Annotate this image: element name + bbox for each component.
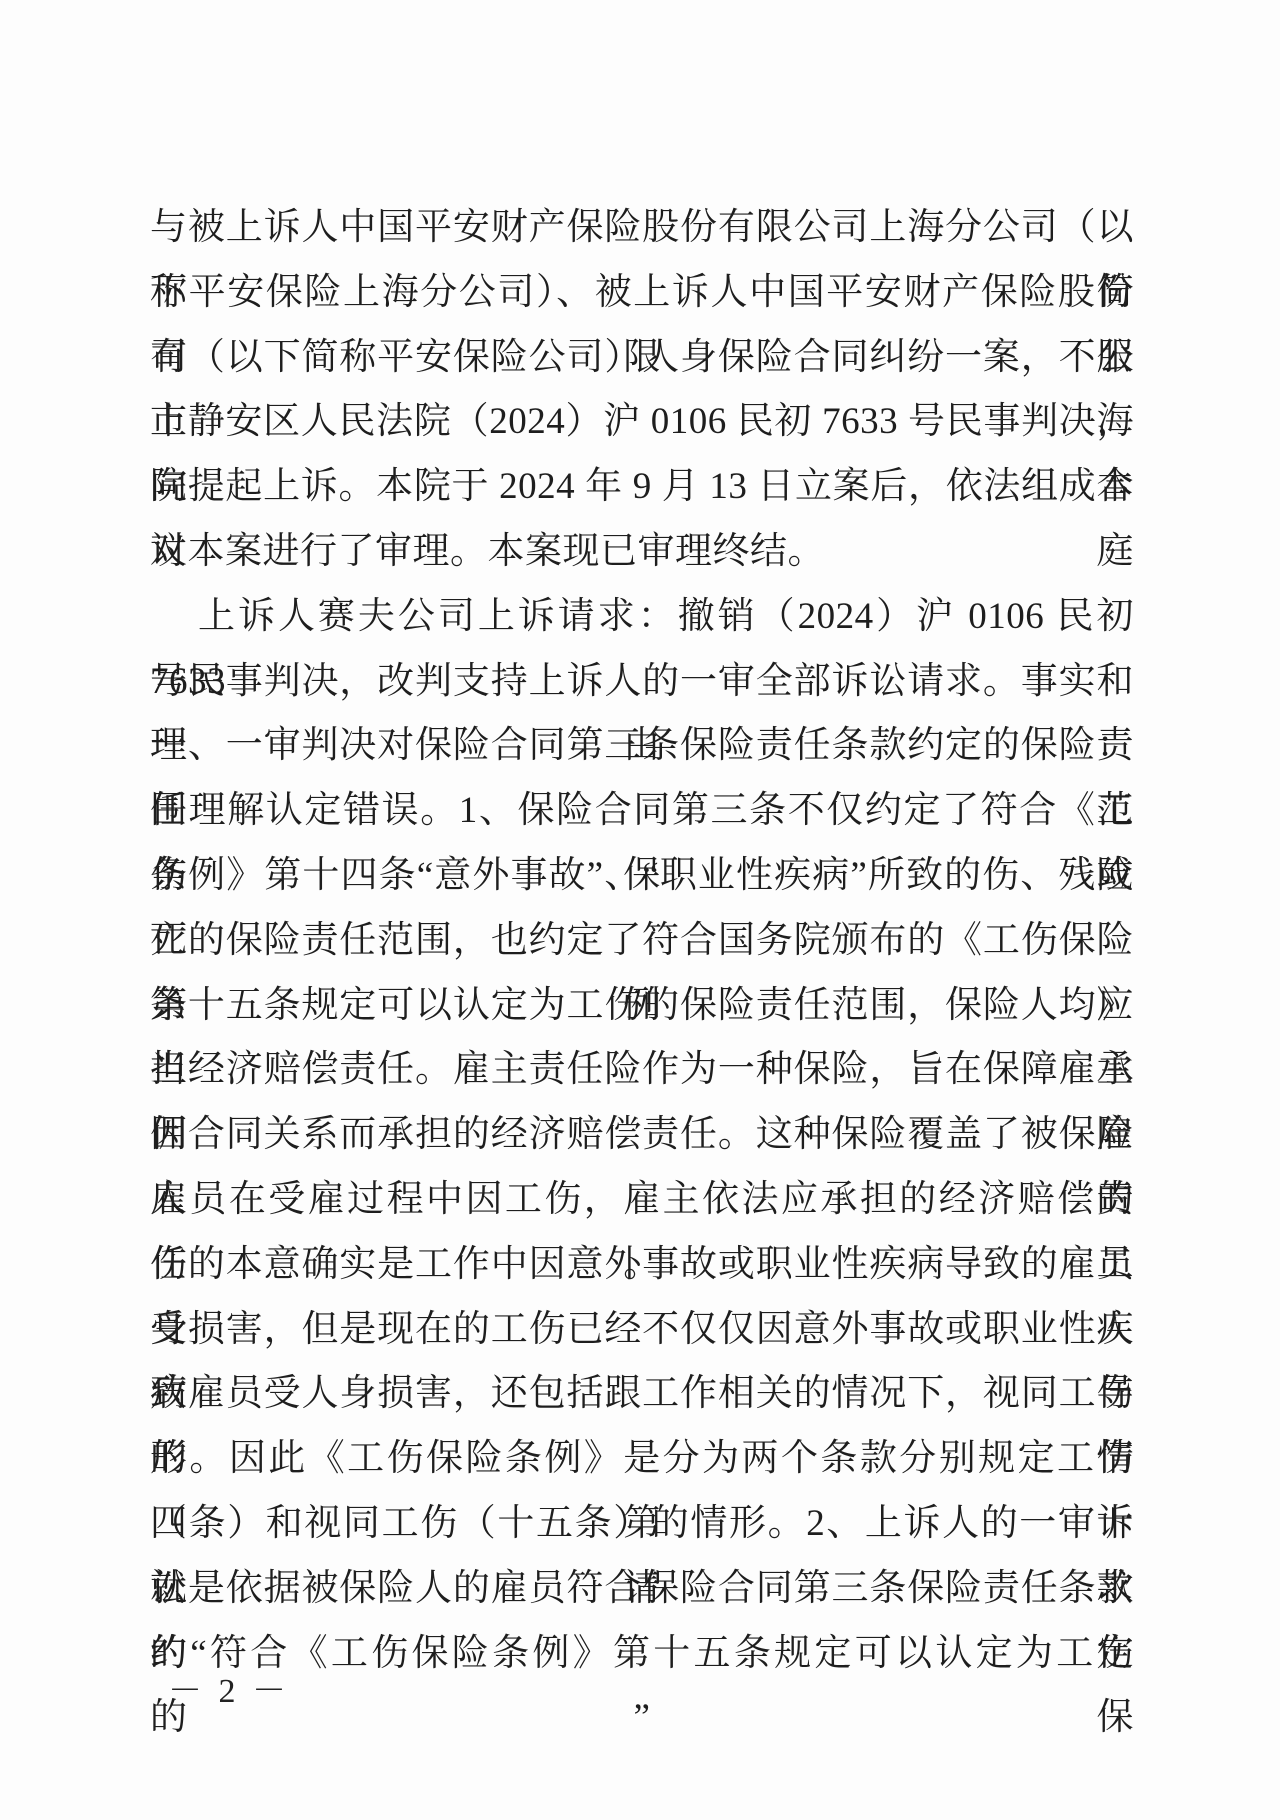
body-line: 围理解认定错误。1、保险合同第三条不仅约定了符合《工伤保险: [150, 779, 1134, 844]
body-line: 亡的保险责任范围，也约定了符合国务院颁布的《工伤保险条例》: [150, 909, 1134, 974]
judgment-document-page: 与被上诉人中国平安财产保险股份有限公司上海分公司（以下简 称平安保险上海分公司）…: [0, 0, 1280, 1820]
body-line: 条例》第十四条“意外事故”、“职业性疾病”所致的伤、残或死: [150, 844, 1134, 909]
body-line: 号民事判决，改判支持上诉人的一审全部诉讼请求。事实和理由：: [150, 650, 1134, 715]
body-line: 第十五条规定可以认定为工伤的保险责任范围，保险人均应当承: [150, 974, 1134, 1039]
body-line: 雇员在受雇过程中因工伤，雇主依法应承担的经济赔偿责任。工: [150, 1168, 1134, 1233]
body-line: 身损害，但是现在的工伤已经不仅仅因意外事故或职业性疾病导: [150, 1298, 1134, 1363]
body-line: 称平安保险上海分公司）、被上诉人中国平安财产保险股份有限公: [150, 261, 1134, 326]
body-line: 一、一审判决对保险合同第三条保险责任条款约定的保险责任范: [150, 714, 1134, 779]
body-line: 致雇员受人身损害，还包括跟工作相关的情况下，视同工伤的情: [150, 1362, 1134, 1427]
body-line: 形。因此《工伤保险条例》是分为两个条款分别规定工伤（第十: [150, 1427, 1134, 1492]
body-line: 的“符合《工伤保险条例》第十五条规定可以认定为工伤的”保: [150, 1622, 1134, 1687]
body-line: 担经济赔偿责任。雇主责任险作为一种保险，旨在保障雇主因雇: [150, 1038, 1134, 1103]
body-line: 就是依据被保险人的雇员符合保险合同第三条保险责任条款约定: [150, 1557, 1134, 1622]
page-number: － 2 －: [168, 1670, 290, 1714]
body-line: 佣合同关系而承担的经济赔偿责任。这种保险覆盖了被保险人的: [150, 1103, 1134, 1168]
body-line: 市静安区人民法院（2024）沪 0106 民初 7633 号民事判决，向本: [150, 390, 1134, 455]
body-line: 院提起上诉。本院于 2024 年 9 月 13 日立案后，依法组成合议庭: [150, 455, 1134, 520]
body-line: 四条）和视同工伤（十五条）的情形。2、上诉人的一审诉讼请求: [150, 1492, 1134, 1557]
body-line: 司（以下简称平安保险公司）人身保险合同纠纷一案，不服上海: [150, 326, 1134, 391]
judgment-body-text: 与被上诉人中国平安财产保险股份有限公司上海分公司（以下简 称平安保险上海分公司）…: [150, 196, 1134, 1686]
body-line: 伤的本意确实是工作中因意外事故或职业性疾病导致的雇员受人: [150, 1233, 1134, 1298]
body-line: 上诉人赛夫公司上诉请求：撤销（2024）沪 0106 民初 7633: [150, 585, 1134, 650]
body-line: 与被上诉人中国平安财产保险股份有限公司上海分公司（以下简: [150, 196, 1134, 261]
